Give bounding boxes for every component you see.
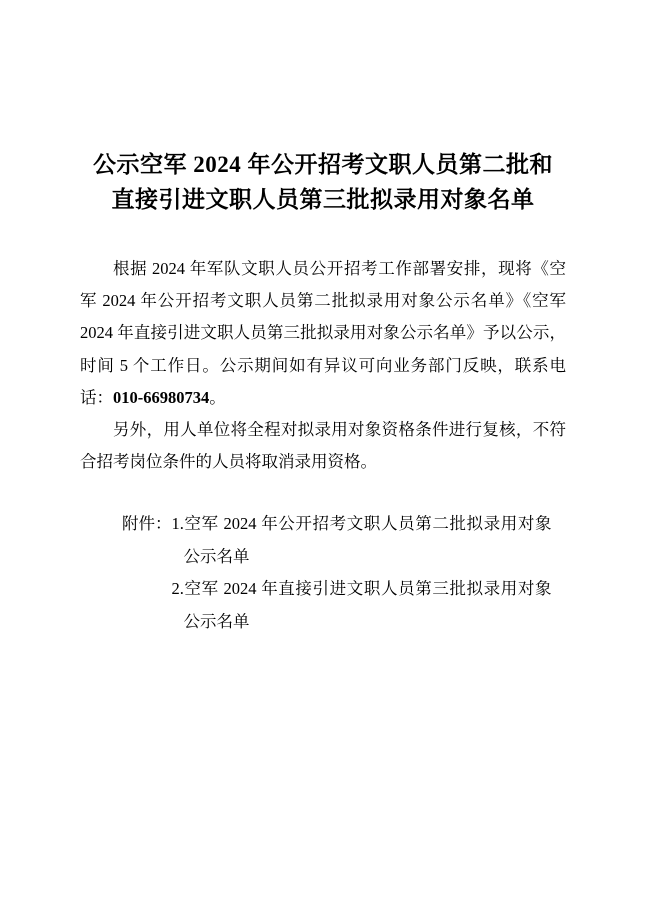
document-title: 公示空军 2024 年公开招考文职人员第二批和 直接引进文职人员第三批拟录用对象…	[80, 147, 566, 217]
attachments-label: 附件：	[122, 508, 172, 541]
attachment-item-1: 1.空军 2024 年公开招考文职人员第二批拟录用对象公示名单	[172, 508, 552, 573]
paragraph-announcement-period: 。	[209, 388, 226, 407]
document-page: 公示空军 2024 年公开招考文职人员第二批和 直接引进文职人员第三批拟录用对象…	[0, 0, 650, 919]
contact-phone-number: 010-66980734	[113, 388, 209, 407]
paragraph-announcement: 根据 2024 年军队文职人员公开招考工作部署安排，现将《空军 2024 年公开…	[80, 253, 566, 414]
paragraph-review-notice: 另外，用人单位将全程对拟录用对象资格条件进行复核，不符合招考岗位条件的人员将取消…	[80, 414, 566, 478]
attachments-list: 1.空军 2024 年公开招考文职人员第二批拟录用对象公示名单 2.空军 202…	[172, 508, 552, 638]
attachment-item-2: 2.空军 2024 年直接引进文职人员第三批拟录用对象公示名单	[172, 573, 552, 638]
document-title-line-1: 公示空军 2024 年公开招考文职人员第二批和	[80, 147, 566, 182]
attachments-section: 附件： 1.空军 2024 年公开招考文职人员第二批拟录用对象公示名单 2.空军…	[122, 508, 566, 638]
document-content: 公示空军 2024 年公开招考文职人员第二批和 直接引进文职人员第三批拟录用对象…	[80, 147, 566, 638]
document-title-line-2: 直接引进文职人员第三批拟录用对象名单	[80, 182, 566, 217]
paragraph-announcement-text: 根据 2024 年军队文职人员公开招考工作部署安排，现将《空军 2024 年公开…	[80, 259, 566, 407]
